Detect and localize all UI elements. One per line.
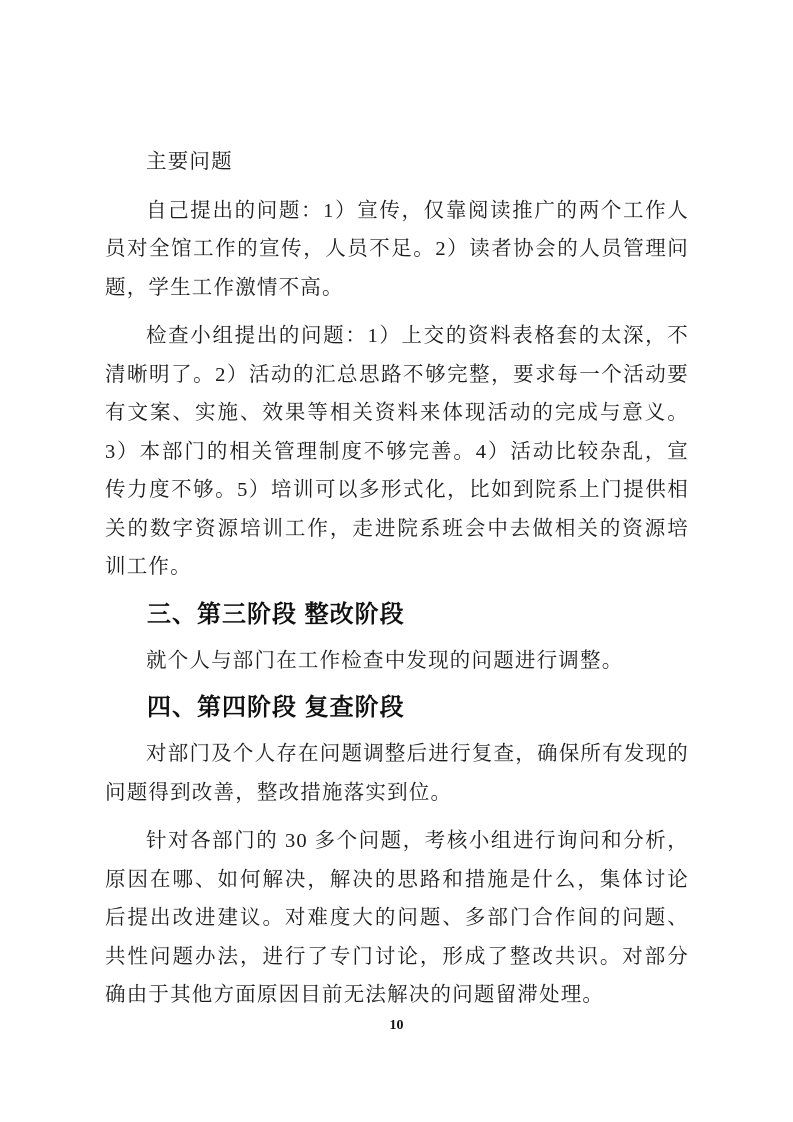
page-footer: 10 <box>0 1016 793 1034</box>
document-page: 主要问题自己提出的问题：1）宣传，仅靠阅读推广的两个工作人员对全馆工作的宣传，人… <box>0 0 793 1122</box>
paragraph: 对部门及个人存在问题调整后进行复查，确保所有发现的问题得到改善，整改措施落实到位… <box>105 735 689 812</box>
section-heading: 四、第四阶段 复查阶段 <box>105 692 689 723</box>
page-number: 10 <box>390 1018 404 1033</box>
paragraph: 主要问题 <box>105 143 689 182</box>
paragraph: 检查小组提出的问题：1）上交的资料表格套的太深，不清晰明了。2）活动的汇总思路不… <box>105 317 689 587</box>
paragraph: 自己提出的问题：1）宣传，仅靠阅读推广的两个工作人员对全馆工作的宣传，人员不足。… <box>105 192 689 308</box>
paragraph: 针对各部门的 30 多个问题，考核小组进行询问和分析，原因在哪、如何解决，解决的… <box>105 822 689 1015</box>
paragraph: 就个人与部门在工作检查中发现的问题进行调整。 <box>105 642 689 681</box>
section-heading: 三、第三阶段 整改阶段 <box>105 599 689 630</box>
document-body: 主要问题自己提出的问题：1）宣传，仅靠阅读推广的两个工作人员对全馆工作的宣传，人… <box>105 143 689 1025</box>
